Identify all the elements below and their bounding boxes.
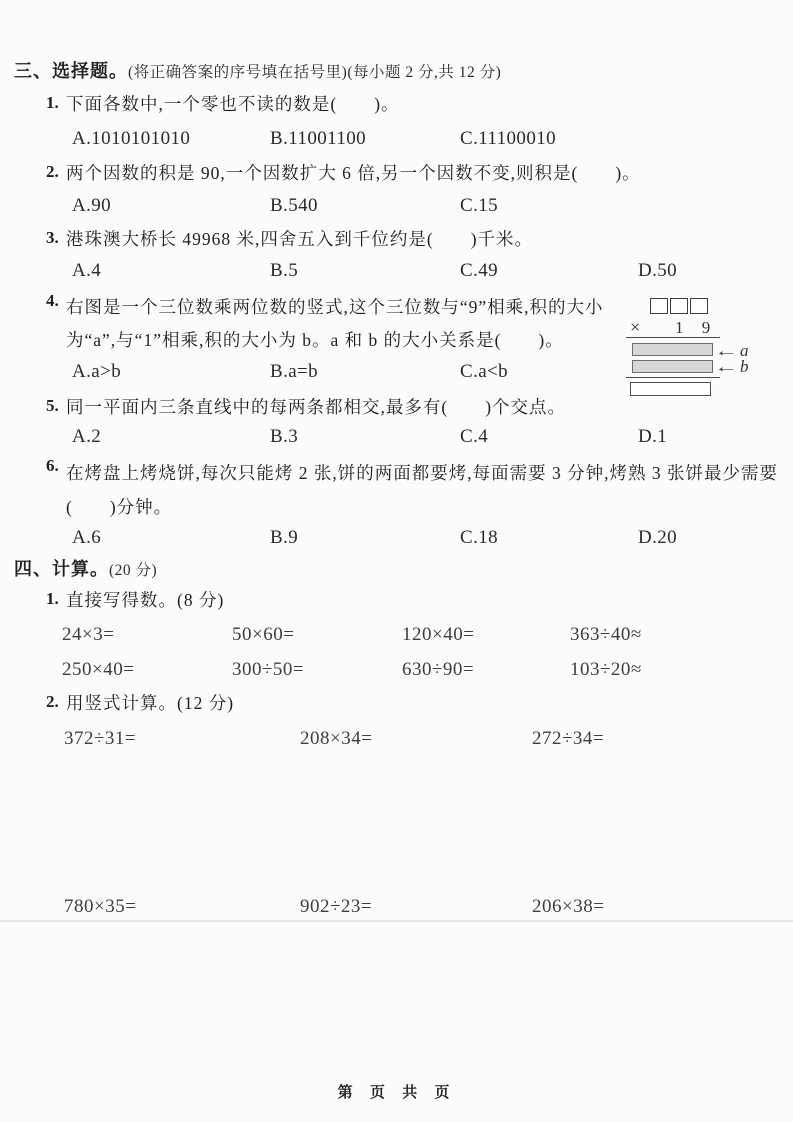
question-3-number: 3. [46,228,65,248]
partial-product-b-bar [632,360,713,373]
question-2: 2. 两个因数的积是 90,一个因数扩大 6 倍,另一个因数不变,则积是( )。 [46,162,641,184]
result-box [630,382,711,396]
expression: 272÷34= [532,728,793,750]
question-1-text: 下面各数中,一个零也不读的数是( )。 [66,93,400,115]
calc-sub2-label: 用竖式计算。(12 分) [66,692,234,714]
digit-box [690,298,708,314]
question-6-text: 在烤盘上烤烧饼,每次只能烤 2 张,饼的两面都要烤,每面需要 3 分钟,烤熟 3… [66,456,782,524]
option-c: C.a<b [460,361,638,383]
option-a: A.a>b [72,361,270,383]
option-d: D.20 [638,527,793,549]
expression: 206×38= [532,896,793,918]
option-b: B.a=b [270,361,460,383]
rule-line-bottom [626,377,720,378]
expression: 372÷31= [64,728,300,750]
rule-line-top [626,337,720,338]
expression: 50×60= [232,624,402,646]
question-2-number: 2. [46,162,65,182]
question-5: 5. 同一平面内三条直线中的每两条都相交,最多有( )个交点。 [46,396,566,418]
question-6: 6. 在烤盘上烤烧饼,每次只能烤 2 张,饼的两面都要烤,每面需要 3 分钟,烤… [46,456,782,524]
exam-paper-page: 三、选择题。(将正确答案的序号填在括号里)(每小题 2 分,共 12 分) 1.… [0,0,793,1122]
partial-product-a-bar [632,343,713,356]
option-c: C.11100010 [460,128,638,150]
arrow-label-b: ←b [714,357,749,377]
expression: 103÷20≈ [570,659,793,681]
expression: 300÷50= [232,659,402,681]
expression: 24×3= [62,624,232,646]
question-6-options: A.6 B.9 C.18 D.20 [0,527,793,549]
question-3: 3. 港珠澳大桥长 49968 米,四舍五入到千位约是( )千米。 [46,228,533,250]
question-3-text: 港珠澳大桥长 49968 米,四舍五入到千位约是( )千米。 [66,228,533,250]
expression: 208×34= [300,728,532,750]
question-2-options: A.90 B.540 C.15 [0,195,793,217]
expression: 250×40= [62,659,232,681]
multiply-sign: × [630,317,640,338]
calc-sub1-header: 1. 直接写得数。(8 分) [46,589,224,611]
question-5-options: A.2 B.3 C.4 D.1 [0,426,793,448]
option-c: C.4 [460,426,638,448]
vertical-calc-row-1: 372÷31= 208×34= 272÷34= [0,728,793,750]
question-3-options: A.4 B.5 C.49 D.50 [0,260,793,282]
multiplication-diagram: × 1 9 ←a ←b [620,293,793,405]
calc-sub2-number: 2. [46,692,65,712]
expression: 363÷40≈ [570,624,793,646]
expression: 630÷90= [402,659,570,681]
section-calc-title: 四、计算。(20 分) [14,555,157,581]
expression: 902÷23= [300,896,532,918]
option-a: A.1010101010 [72,128,270,150]
option-b: B.3 [270,426,460,448]
option-d: D.1 [638,426,793,448]
option-a: A.6 [72,527,270,549]
option-a: A.2 [72,426,270,448]
question-1-number: 1. [46,93,65,113]
question-4-text: 右图是一个三位数乘两位数的竖式,这个三位数与“9”相乘,积的大小为“a”,与“1… [66,291,618,357]
section-calc-title-main: 四、计算。 [14,559,109,579]
question-4: 4. 右图是一个三位数乘两位数的竖式,这个三位数与“9”相乘,积的大小为“a”,… [46,291,618,357]
calc-sub2-header: 2. 用竖式计算。(12 分) [46,692,234,714]
question-4-number: 4. [46,291,65,311]
digit-box [670,298,688,314]
mental-math-row-1: 24×3= 50×60= 120×40= 363÷40≈ [0,624,793,646]
section-choice-title-note: (将正确答案的序号填在括号里)(每小题 2 分,共 12 分) [128,64,501,81]
question-1-options: A.1010101010 B.11001100 C.11100010 [0,128,793,150]
multiplier-digits: 1 9 [675,318,717,338]
option-c: C.15 [460,195,638,217]
section-choice-title-main: 三、选择题。 [14,61,128,81]
option-b: B.5 [270,260,460,282]
option-b: B.540 [270,195,460,217]
scan-artifact-line [0,920,793,922]
option-c: C.49 [460,260,638,282]
section-choice-title: 三、选择题。(将正确答案的序号填在括号里)(每小题 2 分,共 12 分) [14,57,501,83]
section-calc-title-note: (20 分) [109,562,157,579]
expression: 780×35= [64,896,300,918]
mental-math-row-2: 250×40= 300÷50= 630÷90= 103÷20≈ [0,659,793,681]
label-b: b [740,357,749,376]
option-b: B.11001100 [270,128,460,150]
question-6-number: 6. [46,456,65,476]
calc-sub1-number: 1. [46,589,65,609]
three-digit-boxes [650,298,708,314]
vertical-calc-row-2: 780×35= 902÷23= 206×38= [0,896,793,918]
question-2-text: 两个因数的积是 90,一个因数扩大 6 倍,另一个因数不变,则积是( )。 [66,162,641,184]
option-d: D.50 [638,260,793,282]
expression: 120×40= [402,624,570,646]
question-5-text: 同一平面内三条直线中的每两条都相交,最多有( )个交点。 [66,396,566,418]
option-a: A.90 [72,195,270,217]
option-a: A.4 [72,260,270,282]
calc-sub1-label: 直接写得数。(8 分) [66,589,224,611]
page-footer: 第 页 共 页 [0,1081,793,1102]
digit-box [650,298,668,314]
question-1: 1. 下面各数中,一个零也不读的数是( )。 [46,93,400,115]
question-5-number: 5. [46,396,65,416]
option-c: C.18 [460,527,638,549]
left-arrow-icon: ← [714,359,738,377]
option-b: B.9 [270,527,460,549]
